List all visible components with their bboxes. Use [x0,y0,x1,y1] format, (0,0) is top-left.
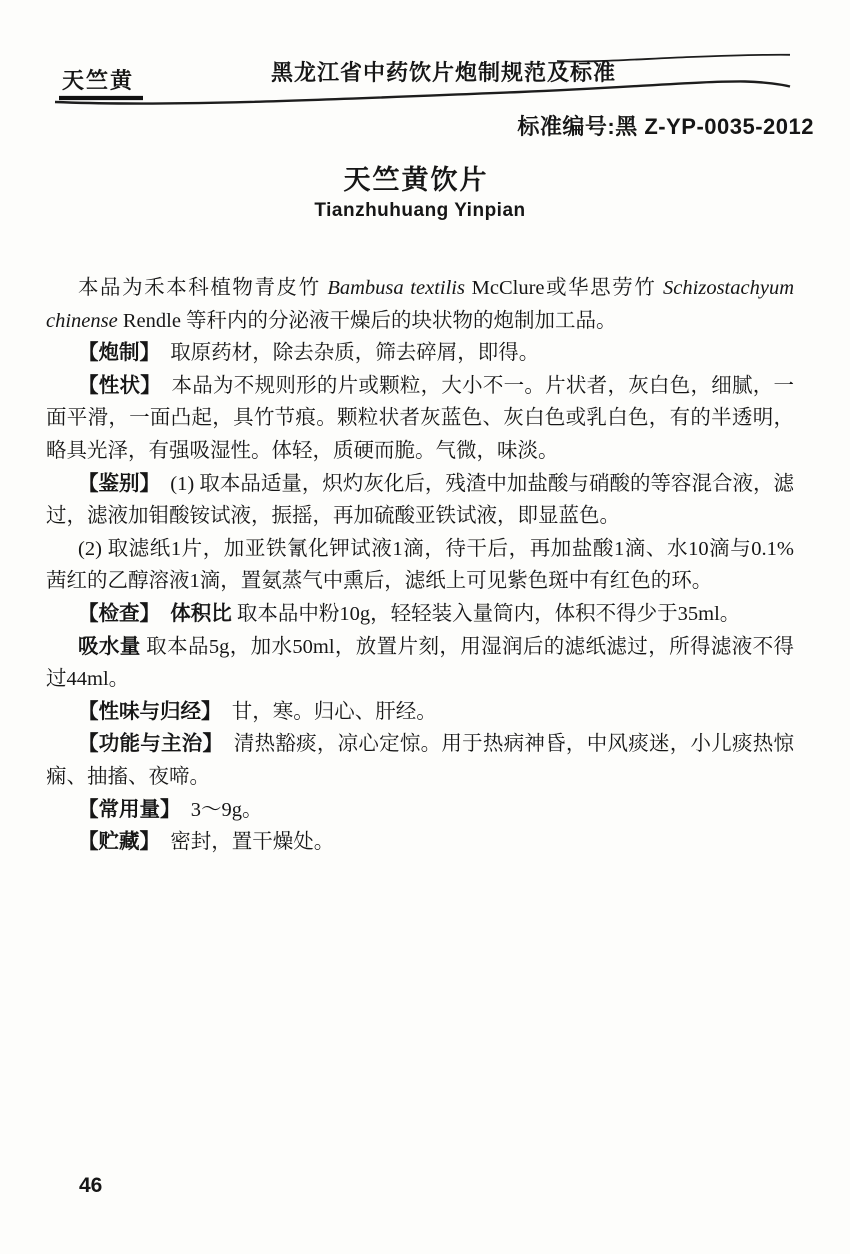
document-page: 天竺黄 黑龙江省中药饮片炮制规范及标准 标准编号:黑 Z-YP-0035-201… [0,0,850,1254]
section-label: 【炮制】 [78,341,150,364]
paragraph: 【性状】 本品为不规则形的片或颗粒，大小不一。片状者，灰白色，细腻，一面平滑，一… [46,370,794,468]
standard-number: 标准编号:黑 Z-YP-0035-2012 [517,110,814,141]
text-run: 密封，置干燥处。 [150,831,335,853]
paragraph: 【检查】 体积比 取本品中粉10g，轻轻装入量筒内，体积不得少于35ml。 [46,598,794,631]
section-label: 吸水量 [78,635,141,658]
paragraph: 吸水量 取本品5g，加水50ml，放置片刻，用湿润后的滤纸滤过，所得滤液不得过4… [46,631,794,696]
page-number: 46 [79,1174,102,1198]
paragraph: (2) 取滤纸1片，加亚铁氰化钾试液1滴，待干后，再加盐酸1滴、水10滴与0.1… [46,533,794,598]
text-run: 3～9g。 [170,799,262,821]
document-body: 本品为禾本科植物青皮竹 Bambusa textilis McClure或华思劳… [46,272,794,859]
section-label: 【功能与主治】 [78,732,213,755]
text-run: 取本品5g，加水50ml，放置片刻，用湿润后的滤纸滤过，所得滤液不得过44ml。 [46,636,794,691]
paragraph: 【鉴别】 (1) 取本品适量，炽灼灰化后，残渣中加盐酸与硝酸的等容混合液，滤过，… [46,468,794,533]
book-title: 黑龙江省中药饮片炮制规范及标准 [271,56,616,87]
latin-name: Bambusa textilis [327,277,465,299]
text-run: McClure或华思劳竹 [465,277,663,299]
text-run: 本品为禾本科植物青皮竹 [78,277,327,299]
text-run [150,603,171,625]
paragraph: 【炮制】 取原药材，除去杂质，筛去碎屑，即得。 [46,337,794,370]
text-run: (2) 取滤纸1片，加亚铁氰化钾试液1滴，待干后，再加盐酸1滴、水10滴与0.1… [46,538,794,593]
text-run: 取原药材，除去杂质，筛去碎屑，即得。 [150,342,540,364]
running-title: 天竺黄 [62,64,134,95]
paragraph: 本品为禾本科植物青皮竹 Bambusa textilis McClure或华思劳… [46,272,794,337]
document-title-pinyin: Tianzhuhuang Yinpian [0,200,840,222]
paragraph: 【常用量】 3～9g。 [46,794,794,827]
document-title: 天竺黄饮片 [0,158,832,197]
text-run: 本品为不规则形的片或颗粒，大小不一。片状者，灰白色，细腻，一面平滑，一面凸起，具… [46,375,794,462]
text-run: Rendle 等秆内的分泌液干燥后的块状物的炮制加工品。 [118,310,617,332]
text-run: (1) 取本品适量，炽灼灰化后，残渣中加盐酸与硝酸的等容混合液，滤过，滤液加钼酸… [46,473,794,528]
section-label: 【性味与归经】 [78,700,211,723]
paragraph: 【贮藏】 密封，置干燥处。 [46,826,794,859]
text-run: 甘，寒。归心、肝经。 [211,701,437,723]
section-label: 【检查】 [78,602,150,625]
section-label: 【常用量】 [78,798,170,821]
section-label: 【贮藏】 [78,830,150,853]
text-run: 取本品中粉10g，轻轻装入量筒内，体积不得少于35ml。 [232,603,741,625]
section-label: 【性状】 [78,374,151,397]
section-label: 体积比 [170,602,232,625]
section-label: 【鉴别】 [78,472,150,495]
paragraph: 【性味与归经】 甘，寒。归心、肝经。 [46,696,794,729]
paragraph: 【功能与主治】 清热豁痰，凉心定惊。用于热病神昏，中风痰迷，小儿痰热惊痫、抽搐、… [46,728,794,793]
